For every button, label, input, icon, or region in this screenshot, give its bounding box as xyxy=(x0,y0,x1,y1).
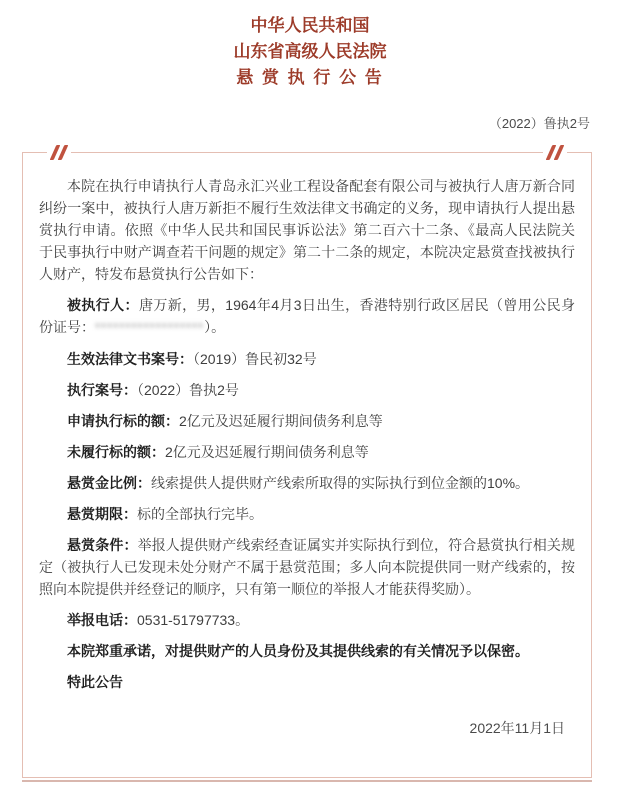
redacted-id-number: ****************** xyxy=(95,320,204,335)
notice-body-box: 本院在执行申请执行人青岛永汇兴业工程设备配套有限公司与被执行人唐万新合同纠纷一案… xyxy=(22,152,592,778)
field-execution-case-no-value: （2022）鲁执2号 xyxy=(137,382,239,398)
field-judgment-case-no-value: （2019）鲁民初32号 xyxy=(193,351,317,367)
header-country: 中华人民共和国 xyxy=(0,13,620,39)
field-applied-amount-value: 2亿元及迟延履行期间债务利息等 xyxy=(179,413,383,429)
field-reward-period-label: 悬赏期限： xyxy=(67,506,137,522)
field-unfulfilled-amount-value: 2亿元及迟延履行期间债务利息等 xyxy=(165,444,369,460)
header-court: 山东省高级人民法院 xyxy=(0,39,620,65)
field-reward-ratio: 悬赏金比例：线索提供人提供财产线索所取得的实际执行到位金额的10%。 xyxy=(39,472,575,494)
announcement-header: 中华人民共和国 山东省高级人民法院 悬 赏 执 行 公 告 xyxy=(0,0,620,91)
page-title: 悬 赏 执 行 公 告 xyxy=(0,65,620,91)
field-executee-label: 被执行人： xyxy=(67,297,139,313)
field-reward-period: 悬赏期限：标的全部执行完毕。 xyxy=(39,503,575,525)
field-report-phone: 举报电话：0531-51797733。 xyxy=(39,609,575,631)
quote-marks-right-icon xyxy=(543,144,567,161)
field-reward-period-value: 标的全部执行完毕。 xyxy=(137,506,263,522)
field-reward-conditions: 悬赏条件：举报人提供财产线索经查证属实并实际执行到位，符合悬赏执行相关规定（被执… xyxy=(39,534,575,600)
field-applied-amount: 申请执行标的额：2亿元及迟延履行期间债务利息等 xyxy=(39,410,575,432)
document-number: （2022）鲁执2号 xyxy=(0,113,620,132)
field-executee-value-after: ）。 xyxy=(204,319,225,335)
field-reward-conditions-label: 悬赏条件： xyxy=(67,537,138,553)
field-execution-case-no: 执行案号：（2022）鲁执2号 xyxy=(39,379,575,401)
announcement-page: 中华人民共和国 山东省高级人民法院 悬 赏 执 行 公 告 （2022）鲁执2号… xyxy=(0,0,620,800)
field-unfulfilled-amount-label: 未履行标的额： xyxy=(67,444,165,460)
field-report-phone-label: 举报电话： xyxy=(67,612,137,628)
field-reward-ratio-label: 悬赏金比例： xyxy=(67,475,151,491)
field-reward-ratio-value: 线索提供人提供财产线索所取得的实际执行到位金额的10%。 xyxy=(151,475,529,491)
closing-statement: 特此公告 xyxy=(39,671,575,693)
field-judgment-case-no: 生效法律文书案号：（2019）鲁民初32号 xyxy=(39,348,575,370)
field-unfulfilled-amount: 未履行标的额：2亿元及迟延履行期间债务利息等 xyxy=(39,441,575,463)
announcement-date: 2022年11月1日 xyxy=(39,717,575,739)
field-report-phone-value: 0531-51797733。 xyxy=(137,612,249,628)
confidentiality-pledge: 本院郑重承诺，对提供财产的人员身份及其提供线索的有关情况予以保密。 xyxy=(39,640,575,662)
quote-marks-left-icon xyxy=(47,144,71,161)
field-judgment-case-no-label: 生效法律文书案号： xyxy=(67,351,193,367)
field-executee: 被执行人：唐万新，男，1964年4月3日出生，香港特别行政区居民（曾用公民身份证… xyxy=(39,294,575,339)
field-applied-amount-label: 申请执行标的额： xyxy=(67,413,179,429)
field-execution-case-no-label: 执行案号： xyxy=(67,382,137,398)
intro-paragraph: 本院在执行申请执行人青岛永汇兴业工程设备配套有限公司与被执行人唐万新合同纠纷一案… xyxy=(39,175,575,285)
